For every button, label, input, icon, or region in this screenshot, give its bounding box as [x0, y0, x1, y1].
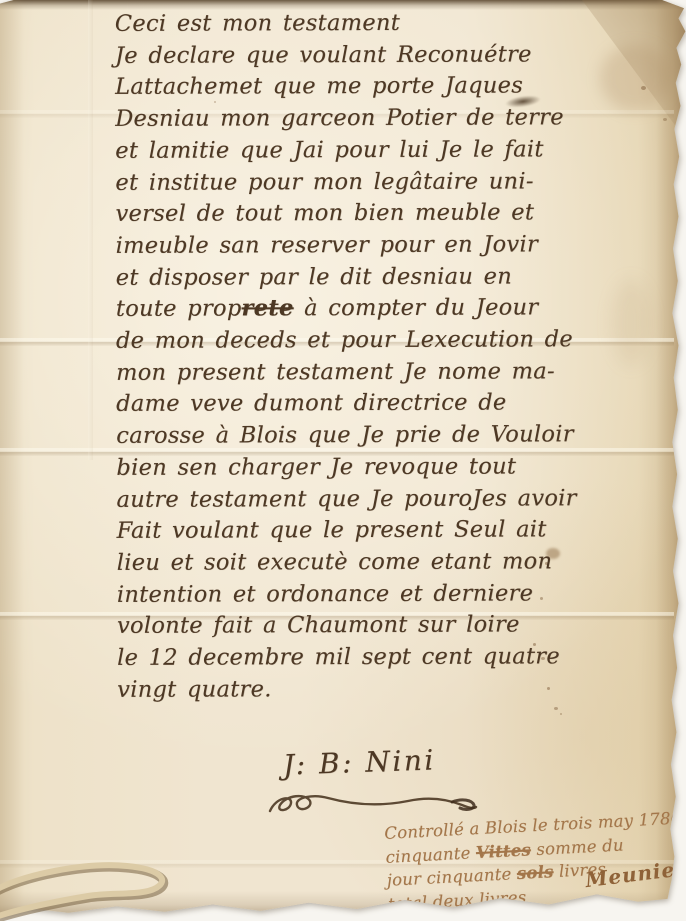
aged-right-edge [656, 0, 686, 921]
struck-word: sols [516, 862, 554, 883]
manuscript-line: vingt quatre. [117, 673, 607, 706]
manuscript-line: Je declare que voulant Reconuétre [115, 39, 605, 72]
manuscript-line: intention et ordonance et derniere [117, 578, 607, 611]
manuscript-line: de mon deceds et pour Lexecution de [116, 324, 606, 357]
speck [560, 713, 562, 715]
speck [641, 86, 646, 90]
manuscript-line: Desniau mon garceon Potier de terre [115, 102, 605, 135]
line-segment: à compter du Jeour [294, 295, 539, 322]
paper-shadow-wrap: Ceci est mon testamentJe declare que vou… [0, 0, 686, 921]
manuscript-line: versel de tout mon bien meuble et [115, 197, 605, 230]
manuscript-line: Lattachemet que me porte Jaques [115, 71, 605, 104]
manuscript-paper: Ceci est mon testamentJe declare que vou… [0, 0, 686, 921]
aged-left-edge [0, 0, 24, 921]
manuscript-line: carosse à Blois que Je prie de Vouloir [116, 419, 606, 452]
manuscript-line: Ceci est mon testament [115, 7, 605, 40]
speck [554, 707, 558, 710]
manuscript-line: dame veve dumont directrice de [116, 388, 606, 421]
manuscript-line: lieu et soit executè come etant mon [117, 546, 607, 579]
line-segment: toute prop [116, 296, 242, 322]
struck-word: Vittes [475, 840, 531, 862]
binding-thread-icon [0, 840, 192, 921]
stain [600, 45, 670, 111]
manuscript-line: Fait voulant que le present Seul ait [117, 514, 607, 547]
line-segment: somme du [530, 835, 624, 859]
line-segment: cinquante [385, 843, 476, 867]
manuscript-line: et institue pour mon legâtaire uni- [115, 166, 605, 199]
manuscript-line: imeuble san reserver pour en Jovir [116, 229, 606, 262]
signature-name: J: B: Nini [282, 743, 436, 781]
signature: J: B: Nini [282, 743, 436, 781]
manuscript-line: toute proprete à compter du Jeour [116, 292, 606, 325]
testament-text: Ceci est mon testamentJe declare que vou… [115, 7, 607, 706]
speck [663, 118, 667, 121]
manuscript-line: mon present testament Je nome ma- [116, 356, 606, 389]
manuscript-line: volonte fait a Chaumont sur loire [117, 610, 607, 643]
manuscript-line: et disposer par le dit desniau en [116, 261, 606, 294]
manuscript-line: le 12 decembre mil sept cent quatre [117, 641, 607, 674]
scanned-document: Ceci est mon testamentJe declare que vou… [0, 0, 686, 921]
manuscript-line: et lamitie que Jai pour lui Je le fait [115, 134, 605, 167]
manuscript-line: bien sen charger Je revoque tout [116, 451, 606, 484]
struck-word: rete [241, 296, 293, 322]
stain [612, 280, 650, 365]
line-segment: jour cinquante [386, 864, 517, 890]
manuscript-line: autre testament que Je pouroJes avoir [116, 483, 606, 516]
fold-crease-vertical [88, 0, 93, 460]
